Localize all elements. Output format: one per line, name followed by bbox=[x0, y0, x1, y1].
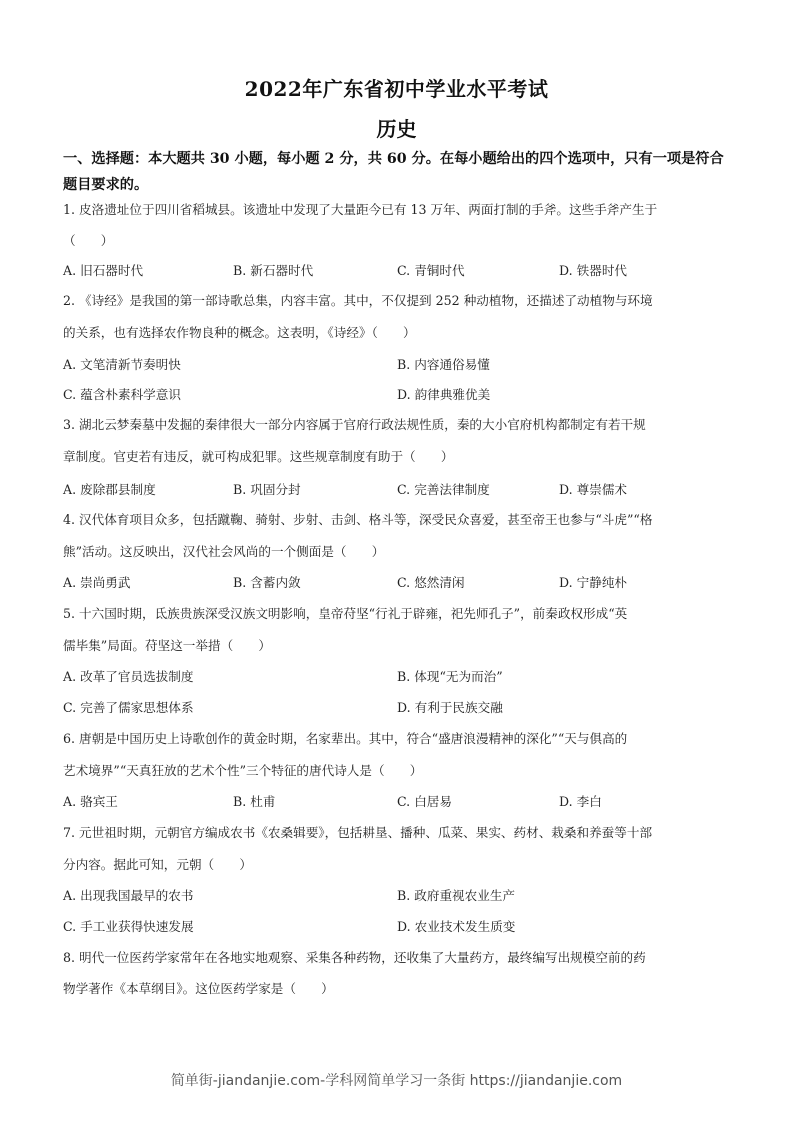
question-text: 1. 皮洛遗址位于四川省稻城县。该遗址中发现了大量距今已有 13 万年、两面打制… bbox=[63, 201, 657, 219]
option-d: D. 农业技术发生质变 bbox=[397, 918, 515, 936]
exam-title: 2022年广东省初中学业水平考试 bbox=[0, 73, 793, 102]
option-a: A. 崇尚勇武 bbox=[63, 574, 130, 592]
exam-subject: 历史 bbox=[0, 113, 793, 142]
option-b: B. 政府重视农业生产 bbox=[397, 887, 515, 905]
question-text: 4. 汉代体育项目众多，包括蹴鞠、骑射、步射、击剑、格斗等，深受民众喜爱，甚至帝… bbox=[63, 511, 652, 529]
question-text: 章制度。官吏若有违反，就可构成犯罪。这些规章制度有助于（ ） bbox=[63, 448, 453, 466]
option-a: A. 出现我国最早的农书 bbox=[63, 887, 193, 905]
section-heading: 一、选择题：本大题共 30 小题，每小题 2 分，共 60 分。在每小题给出的四… bbox=[63, 146, 735, 198]
option-a: A. 文笔清新节奏明快 bbox=[63, 356, 181, 374]
question-text: 6. 唐朝是中国历史上诗歌创作的黄金时期，名家辈出。其中，符合“盛唐浪漫精神的深… bbox=[63, 730, 627, 748]
option-d: D. 尊崇儒术 bbox=[559, 481, 627, 499]
question-text: 分内容。据此可知，元朝（ ） bbox=[63, 856, 252, 874]
option-b: B. 新石器时代 bbox=[233, 262, 313, 280]
footer-watermark: 简单街-jiandanjie.com-学科网简单学习一条街 https://ji… bbox=[0, 1070, 793, 1090]
option-b: B. 含蓄内敛 bbox=[233, 574, 301, 592]
option-d: D. 宁静纯朴 bbox=[559, 574, 627, 592]
option-d: D. 李白 bbox=[559, 793, 602, 811]
option-c: C. 白居易 bbox=[397, 793, 452, 811]
question-text: 的关系，也有选择农作物良种的概念。这表明，《诗经》（ ） bbox=[63, 324, 416, 342]
question-text: 物学著作《本草纲目》。这位医药学家是（ ） bbox=[63, 980, 334, 998]
question-text: 2. 《诗经》是我国的第一部诗歌总集，内容丰富。其中，不仅提到 252 种动植物… bbox=[63, 292, 653, 310]
option-c: C. 青铜时代 bbox=[397, 262, 465, 280]
question-text: 儒毕集”局面。苻坚这一举措（ ） bbox=[63, 637, 271, 655]
option-c: C. 悠然清闲 bbox=[397, 574, 465, 592]
option-b: B. 杜甫 bbox=[233, 793, 275, 811]
question-text: 5. 十六国时期，氐族贵族深受汉族文明影响，皇帝苻坚“行礼于辟雍，祀先师孔子”，… bbox=[63, 605, 627, 623]
option-b: B. 巩固分封 bbox=[233, 481, 301, 499]
option-d: D. 铁器时代 bbox=[559, 262, 627, 280]
option-d: D. 韵律典雅优美 bbox=[397, 386, 490, 404]
question-text: （ ） bbox=[63, 232, 113, 250]
exam-page: 2022年广东省初中学业水平考试 历史 一、选择题：本大题共 30 小题，每小题… bbox=[0, 0, 793, 1122]
option-a: A. 废除郡县制度 bbox=[63, 481, 156, 499]
option-b: B. 体现“无为而治” bbox=[397, 668, 503, 686]
option-c: C. 手工业获得快速发展 bbox=[63, 918, 194, 936]
option-c: C. 蕴含朴素科学意识 bbox=[63, 386, 181, 404]
option-c: C. 完善了儒家思想体系 bbox=[63, 699, 194, 717]
option-d: D. 有利于民族交融 bbox=[397, 699, 503, 717]
option-c: C. 完善法律制度 bbox=[397, 481, 490, 499]
option-a: A. 骆宾王 bbox=[63, 793, 118, 811]
question-text: 7. 元世祖时期，元朝官方编成农书《农桑辑要》，包括耕垦、播种、瓜菜、果实、药材… bbox=[63, 824, 652, 842]
option-b: B. 内容通俗易懂 bbox=[397, 356, 490, 374]
question-text: 艺术境界”“天真狂放的艺术个性”三个特征的唐代诗人是（ ） bbox=[63, 762, 422, 780]
question-text: 3. 湖北云梦秦墓中发掘的秦律很大一部分内容属于官府行政法规性质，秦的大小官府机… bbox=[63, 416, 646, 434]
question-text: 8. 明代一位医药学家常年在各地实地观察、采集各种药物，还收集了大量药方，最终编… bbox=[63, 949, 646, 967]
question-text: 熊”活动。这反映出，汉代社会风尚的一个侧面是（ ） bbox=[63, 543, 384, 561]
option-a: A. 旧石器时代 bbox=[63, 262, 143, 280]
option-a: A. 改革了官员选拔制度 bbox=[63, 668, 193, 686]
